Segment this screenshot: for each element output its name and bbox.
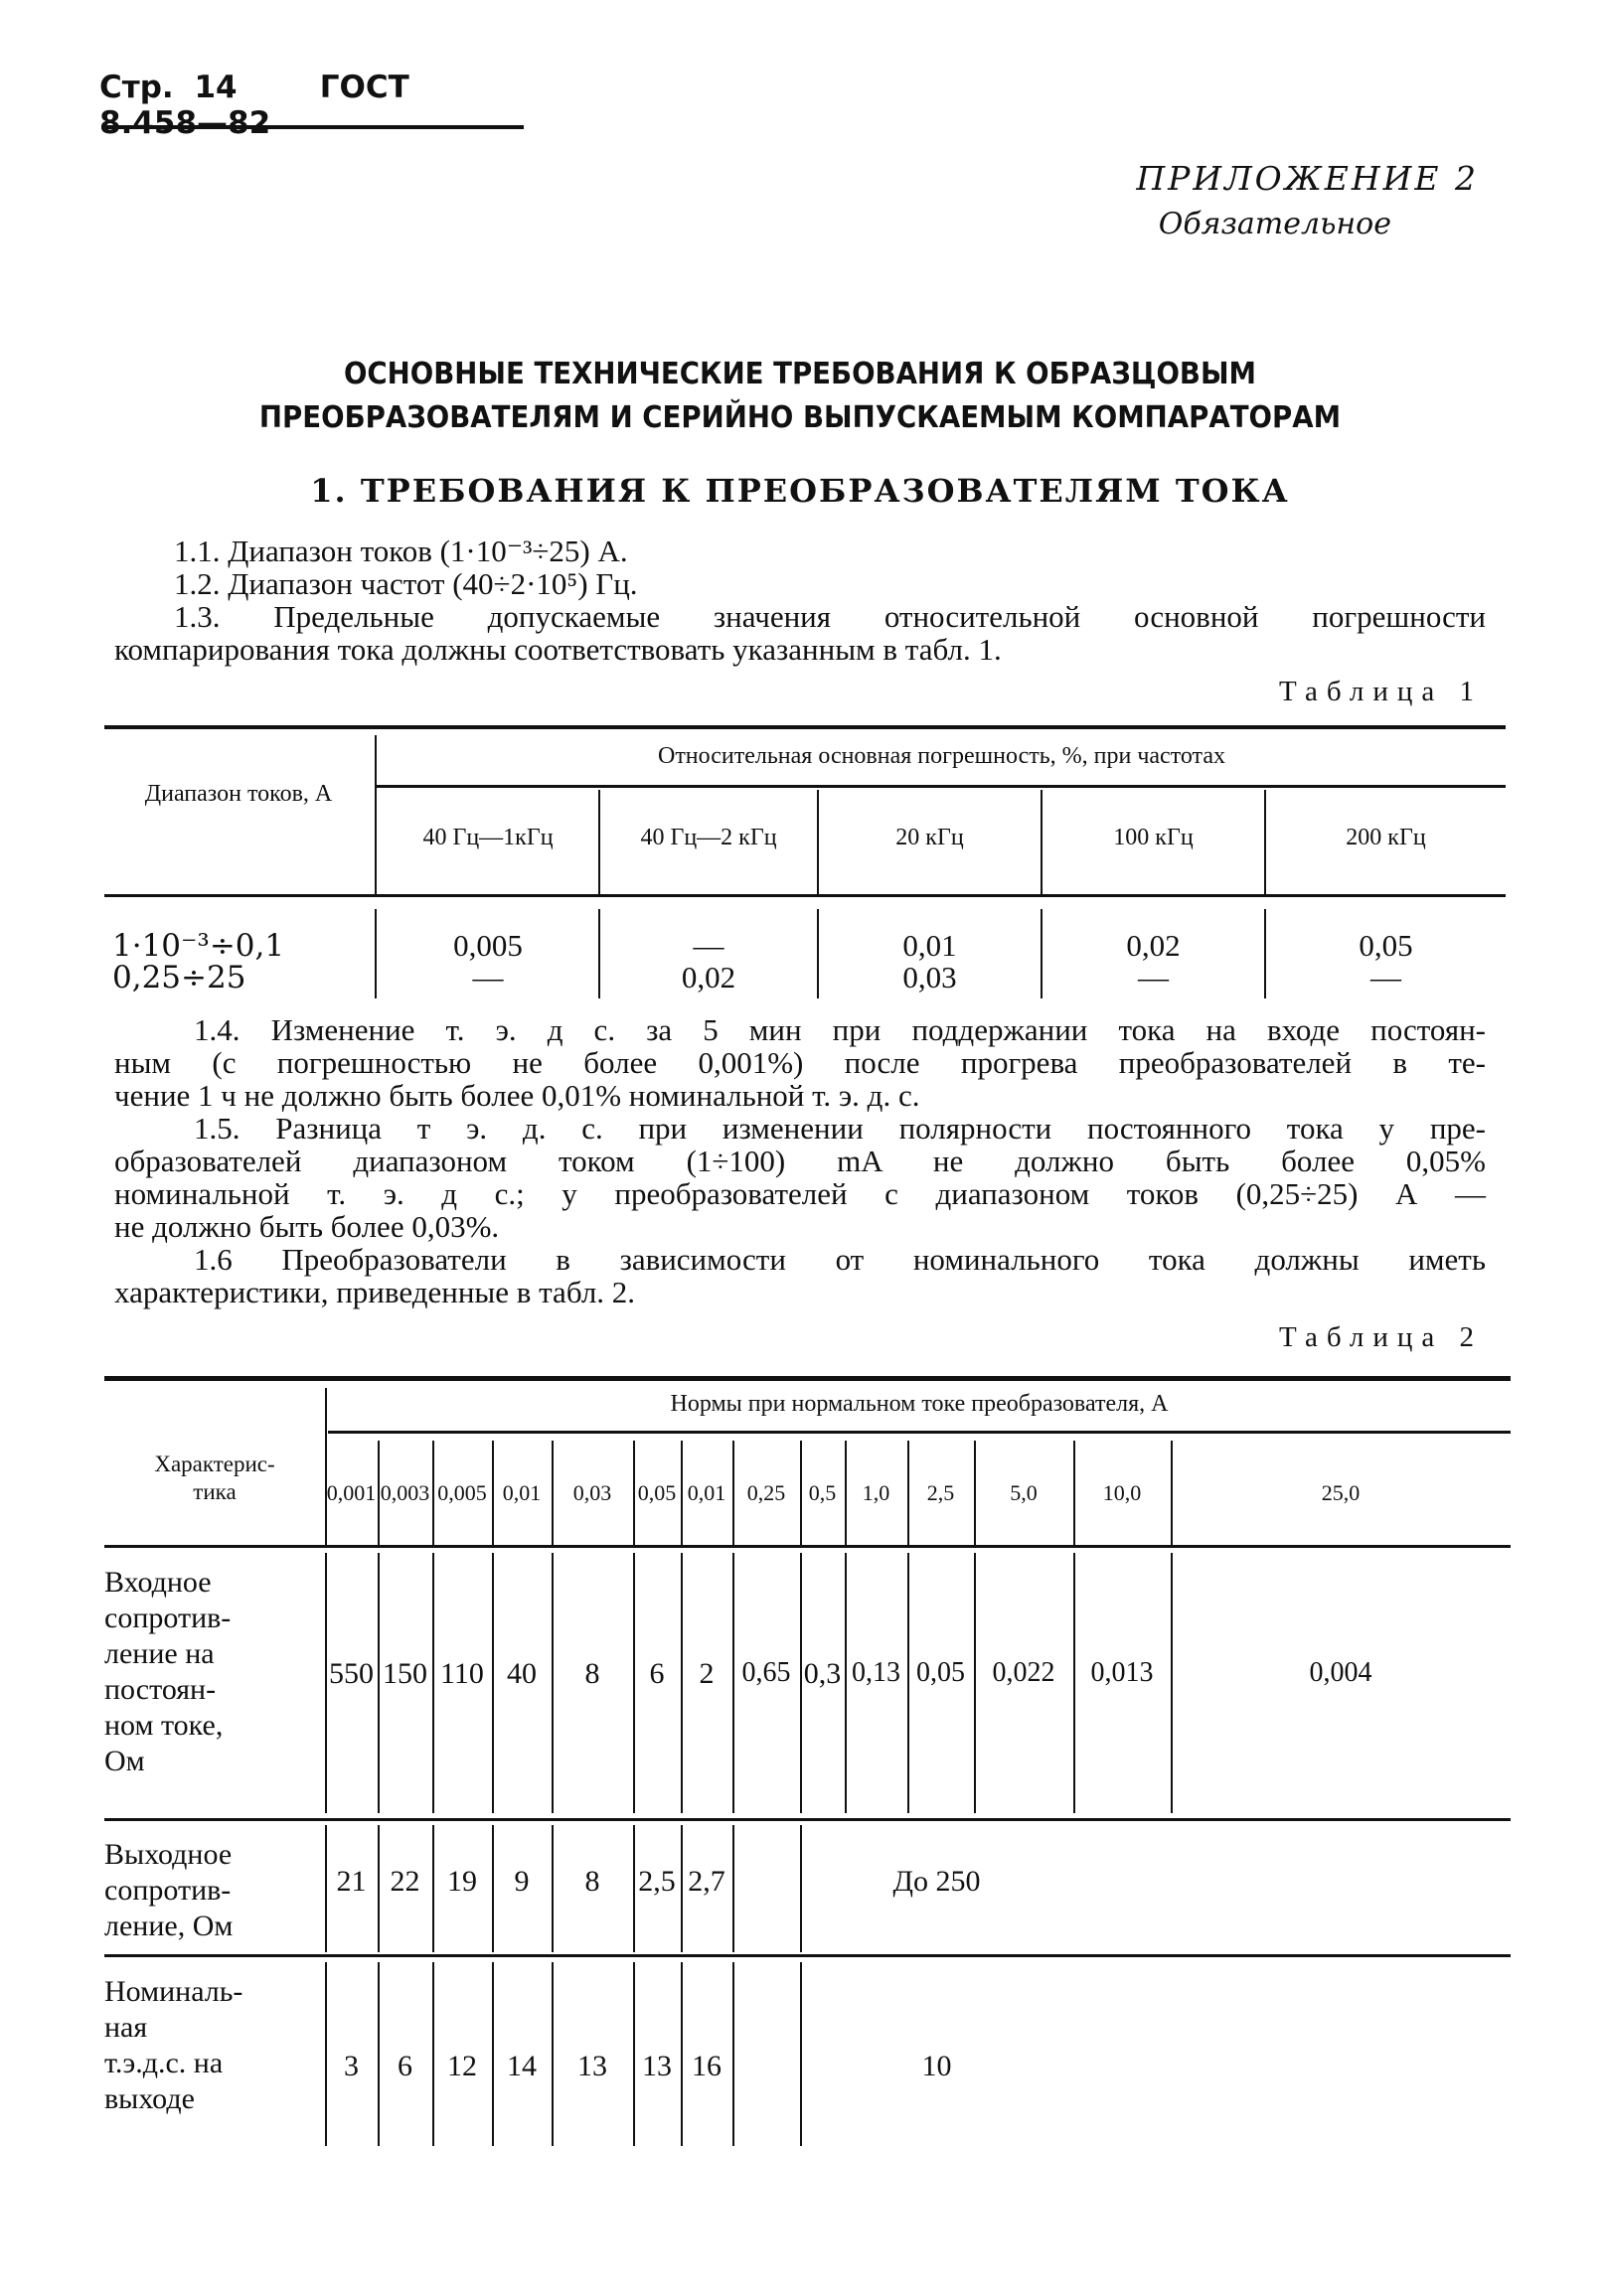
table-1-range: 0,25÷25 — [112, 962, 245, 994]
table-2-vline — [325, 1388, 327, 1545]
table-2-row-label: Входноесопротив-ление напостоян-ном токе… — [104, 1565, 323, 1779]
table-2-group-header: Нормы при нормальном токе преобразовател… — [328, 1391, 1511, 1418]
table-2-col-header: 0,05 — [633, 1480, 681, 1506]
table-2-row-rule — [104, 1954, 1511, 1957]
table-2-cell: 0,004 — [1171, 1657, 1511, 1689]
table-2-cell: 13 — [552, 2050, 633, 2083]
table-1-cell: — — [1266, 962, 1506, 994]
table-2-cell: 12 — [432, 2050, 492, 2083]
table-2-row-label: Номиналь-наят.э.д.с. навыходе — [104, 1974, 323, 2117]
table-1-group-header: Относительная основная погрешность, %, п… — [378, 743, 1506, 770]
table-1-col-header: 40 Гц—2 кГц — [600, 825, 817, 851]
table-2-cell: 2,5 — [633, 1865, 681, 1899]
table-2-cell: 40 — [492, 1657, 552, 1691]
table-2-cell: 8 — [552, 1865, 633, 1899]
table-2-col-header: 0,01 — [681, 1480, 732, 1506]
table-1-cell: 0,02 — [1043, 930, 1264, 962]
table-2-vline — [732, 1962, 734, 2146]
table-2-cell: 19 — [432, 1865, 492, 1899]
table-2-col-header: 0,25 — [732, 1480, 800, 1506]
table-2-cell: 8 — [552, 1657, 633, 1691]
table-2-top-rule — [104, 1376, 1511, 1381]
main-title-line-1: ОСНОВНЫЕ ТЕХНИЧЕСКИЕ ТРЕБОВАНИЯ К ОБРАЗЦ… — [201, 353, 1398, 396]
table-2-cell: 22 — [378, 1865, 432, 1899]
table-2: Характерис- тикаНормы при нормальном ток… — [104, 1376, 1511, 2151]
table-2-col-header: 0,003 — [378, 1480, 432, 1506]
main-title: ОСНОВНЫЕ ТЕХНИЧЕСКИЕ ТРЕБОВАНИЯ К ОБРАЗЦ… — [201, 353, 1398, 440]
table-2-cell: 14 — [492, 2050, 552, 2083]
table-1-cell: 0,01 — [819, 930, 1041, 962]
table-2-col-header: 0,01 — [492, 1480, 552, 1506]
table-2-cell: 0,013 — [1073, 1657, 1171, 1689]
table-2-cell: 6 — [378, 2050, 432, 2083]
table-1-col-header: 200 кГц — [1266, 825, 1506, 851]
table-2-cell: 150 — [378, 1657, 432, 1691]
section-title: 1. ТРЕБОВАНИЯ К ПРЕОБРАЗОВАТЕЛЯМ ТОКА — [199, 472, 1401, 510]
paragraph-1-5: 1.5. Разница т э. д. с. при изменении по… — [114, 1112, 1486, 1243]
table-2-row-rule — [104, 1818, 1511, 1821]
table-2-merged-cell: До 250 — [800, 1865, 1073, 1899]
table-1-cell: 0,005 — [378, 930, 598, 962]
table-2-header-rule — [104, 1545, 1511, 1548]
table-1-range: 1·10⁻³÷0,1 — [112, 930, 284, 962]
table-1-cell: 0,05 — [1266, 930, 1506, 962]
table-1-cell: — — [600, 930, 817, 962]
table-2-col-header: 2,5 — [907, 1480, 974, 1506]
table-2-col-header: 0,03 — [552, 1480, 633, 1506]
table-2-col-header: 1,0 — [845, 1480, 907, 1506]
paragraph-1-2: 1.2. Диапазон частот (40÷2·10⁵) Гц. — [114, 567, 1486, 600]
table-1-col-header: 40 Гц—1кГц — [378, 825, 598, 851]
paragraph-1-1: 1.1. Диапазон токов (1·10⁻³÷25) А. — [114, 535, 1486, 567]
table-2-merged-cell: 10 — [800, 2050, 1073, 2083]
paragraph-1-6: 1.6 Преобразователи в зависимости от ном… — [114, 1243, 1486, 1308]
table-1-col-header: 100 кГц — [1043, 825, 1264, 851]
table-2-cell: 13 — [633, 2050, 681, 2083]
page-number: Стр. 14 — [99, 70, 238, 105]
main-title-line-2: ПРЕОБРАЗОВАТЕЛЯМ И СЕРИЙНО ВЫПУСКАЕМЫМ К… — [201, 396, 1398, 440]
table-2-label: Таблица 2 — [1279, 1321, 1483, 1354]
table-2-col-header: 0,5 — [800, 1480, 845, 1506]
table-2-cell: 0,13 — [845, 1657, 907, 1689]
table-2-col-header: 0,001 — [325, 1480, 378, 1506]
table-2-group-rule — [328, 1431, 1511, 1434]
table-2-cell: 6 — [633, 1657, 681, 1691]
table-2-row-label: Выходноесопротив-ление, Ом — [104, 1837, 323, 1944]
table-2-vline — [732, 1825, 734, 1952]
table-2-cell: 0,05 — [907, 1657, 974, 1689]
table-2-cell: 550 — [325, 1657, 378, 1691]
table-2-cell: 9 — [492, 1865, 552, 1899]
table-2-cell: 0,022 — [974, 1657, 1073, 1689]
table-2-cell: 0,3 — [800, 1657, 845, 1691]
header-rule — [101, 125, 524, 129]
table-1: Диапазон токов, А Относительная основная… — [104, 725, 1506, 1003]
table-2-col-header: 5,0 — [974, 1480, 1073, 1506]
table-2-cell: 0,65 — [732, 1657, 800, 1689]
appendix-title: ПРИЛОЖЕНИЕ 2 — [1136, 159, 1479, 198]
table-1-col-header: 20 кГц — [819, 825, 1041, 851]
appendix-status: Обязательное — [1159, 207, 1391, 241]
table-2-col-header: 10,0 — [1073, 1480, 1171, 1506]
paragraph-1-4: 1.4. Изменение т. э. д с. за 5 мин при п… — [114, 1013, 1486, 1112]
page-header: Стр. 14 ГОСТ 8.458—82 — [99, 70, 527, 141]
table-1-cell: — — [1043, 962, 1264, 994]
table-2-cell: 2 — [681, 1657, 732, 1691]
table-1-label: Таблица 1 — [1279, 676, 1483, 708]
table-1-cell: 0,03 — [819, 962, 1041, 994]
table-1-cell: — — [378, 962, 598, 994]
table-2-cell: 110 — [432, 1657, 492, 1691]
paragraph-1-3: 1.3. Предельные допускаемые значения отн… — [114, 600, 1486, 666]
table-2-row-header: Характерис- тика — [104, 1451, 325, 1506]
table-2-cell: 21 — [325, 1865, 378, 1899]
table-2-cell: 3 — [325, 2050, 378, 2083]
table-2-cell: 2,7 — [681, 1865, 732, 1899]
table-1-cell: 0,02 — [600, 962, 817, 994]
table-2-cell: 16 — [681, 2050, 732, 2083]
table-2-col-header: 0,005 — [432, 1480, 492, 1506]
table-2-col-header: 25,0 — [1171, 1480, 1511, 1506]
table-1-row-header: Диапазон токов, А — [114, 780, 363, 808]
